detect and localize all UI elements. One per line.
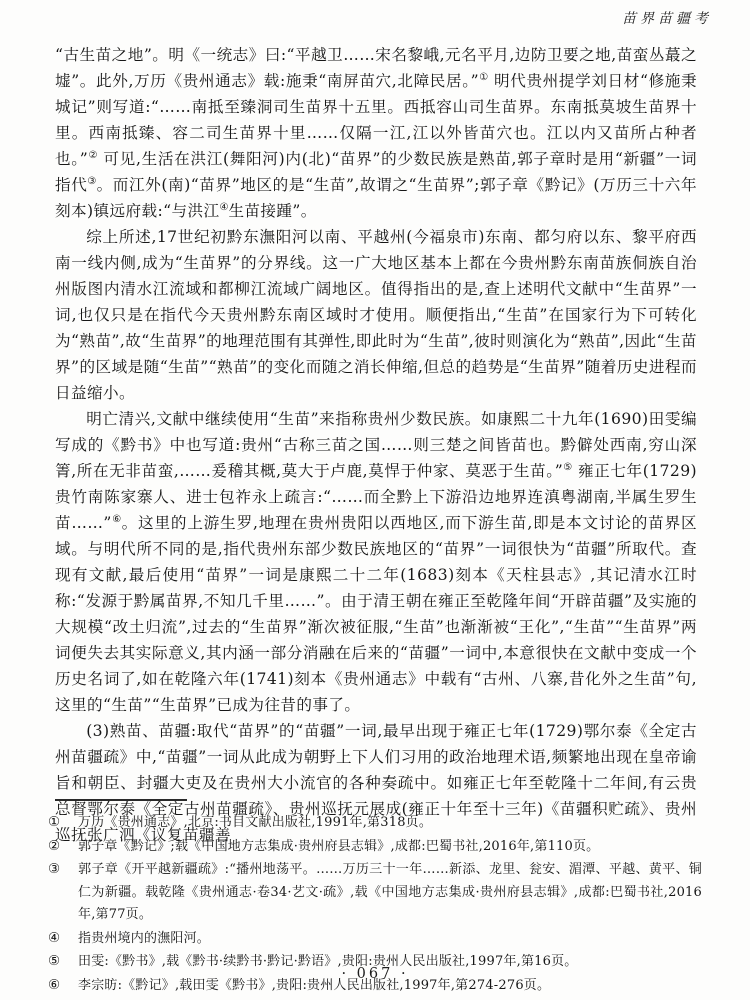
footnote-reference-marker: ④	[219, 202, 228, 213]
footnote-item: ①万历《贵州通志》,北京:书目文献出版社,1991年,第318页。	[48, 811, 702, 835]
footnote-reference-marker: ⑥	[112, 514, 122, 525]
paragraph: 明亡清兴,文献中继续使用“生苗”来指称贵州少数民族。如康熙二十九年(1690)田…	[55, 406, 697, 718]
footnote-text: 郭子章《开平越新疆疏》:“播州地荡平。……万历三十一年……新添、龙里、瓮安、湄潭…	[78, 862, 702, 922]
footnote-number: ①	[48, 811, 70, 834]
footnote-item: ③郭子章《开平越新疆疏》:“播州地荡平。……万历三十一年……新添、龙里、瓮安、湄…	[48, 858, 702, 927]
footnote-separator	[55, 799, 187, 801]
footnote-item: ②郭子章《黔记》;载《中国地方志集成·贵州府县志辑》,成都:巴蜀书社,2016年…	[48, 835, 702, 859]
paragraph: “古生苗之地”。明《一统志》曰:“平越卫……宋名黎峨,元名平月,边防卫要之地,苗…	[55, 42, 697, 224]
document-page: 苗界苗疆考 “古生苗之地”。明《一统志》曰:“平越卫……宋名黎峨,元名平月,边防…	[0, 0, 750, 1000]
body-text: “古生苗之地”。明《一统志》曰:“平越卫……宋名黎峨,元名平月,边防卫要之地,苗…	[55, 42, 697, 848]
running-header: 苗界苗疆考	[622, 8, 712, 28]
footnote-number: ②	[48, 835, 70, 858]
page-number: · 067 ·	[0, 966, 750, 982]
footnote-text: 郭子章《黔记》;载《中国地方志集成·贵州府县志辑》,成都:巴蜀书社,2016年,…	[78, 839, 599, 854]
footnote-reference-marker: ⑤	[563, 462, 572, 473]
footnote-reference-marker: ②	[88, 150, 98, 161]
footnote-reference-marker: ③	[87, 176, 96, 187]
running-title: 苗界苗疆考	[622, 11, 712, 27]
paragraph: 综上所述,17世纪初黔东潕阳河以南、平越州(今福泉市)东南、都匀府以东、黎平府西…	[55, 224, 697, 406]
footnote-number: ③	[48, 858, 70, 881]
footnote-item: ④指贵州境内的潕阳河。	[48, 927, 702, 951]
footnote-text: 指贵州境内的潕阳河。	[78, 931, 210, 946]
footnote-text: 万历《贵州通志》,北京:书目文献出版社,1991年,第318页。	[78, 815, 432, 830]
footnote-reference-marker: ①	[479, 72, 488, 83]
footnote-number: ④	[48, 927, 70, 950]
